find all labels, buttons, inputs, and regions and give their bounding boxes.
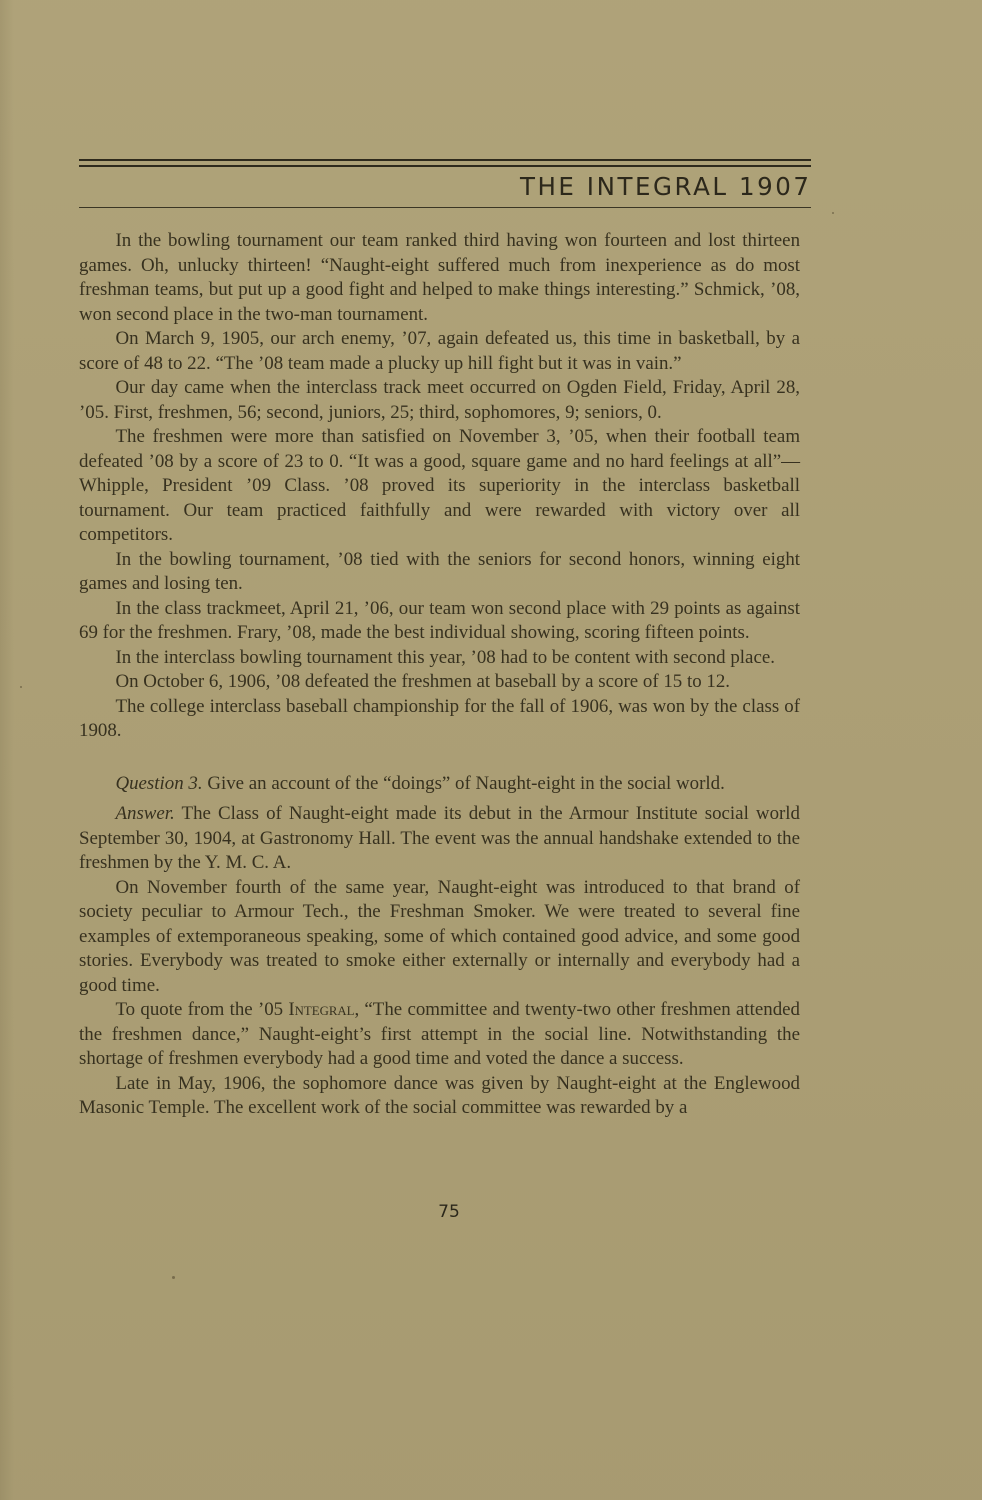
paragraph-trackmeet-1906: In the class trackmeet, April 21, ’06, o… [79,597,800,646]
paragraph-bowling-first-year: In the bowling tournament our team ranke… [79,229,800,327]
question-label: Question 3. [115,773,202,794]
header-rule-second [79,165,811,167]
answer-label: Answer. [115,803,174,824]
paragraph-freshman-smoker: On November fourth of the same year, Nau… [79,876,800,999]
integral-smallcaps: Integral [288,999,354,1020]
header-rule-top [79,159,811,161]
paragraph-baseball-championship: The college interclass baseball champion… [79,695,800,744]
question-heading: Question 3. Give an account of the “doin… [79,772,800,797]
running-title: THE INTEGRAL 1907 [519,172,811,202]
paragraph-sophomore-dance: Late in May, 1906, the sophomore dance w… [79,1072,800,1121]
question-text: Give an account of the “doings” of Naugh… [203,773,725,794]
paper-speck [172,1276,175,1279]
paragraph-football-1905: The freshmen were more than satisfied on… [79,425,800,548]
answer-text: The Class of Naught-eight made its debut… [79,803,800,873]
section-spacer [79,744,800,772]
answer-paragraph: Answer. The Class of Naught-eight made i… [79,802,800,876]
paragraph-basketball-1905: On March 9, 1905, our arch enemy, ’07, a… [79,327,800,376]
body-text: In the bowling tournament our team ranke… [79,229,800,1121]
paragraph-freshmen-dance: To quote from the ’05 Integral, “The com… [79,998,800,1072]
paper-speck [832,212,834,214]
page-number: 75 [79,1202,819,1222]
paragraph-bowling-this-year: In the interclass bowling tournament thi… [79,646,800,671]
header-rule-bottom [79,207,811,208]
paragraph-bowling-second-year: In the bowling tournament, ’08 tied with… [79,548,800,597]
paragraph-track-meet-1905: Our day came when the interclass track m… [79,376,800,425]
paper-speck [20,686,22,688]
paragraph-baseball-1906: On October 6, 1906, ’08 defeated the fre… [79,670,800,695]
quote-before: To quote from the ’05 [115,999,288,1020]
